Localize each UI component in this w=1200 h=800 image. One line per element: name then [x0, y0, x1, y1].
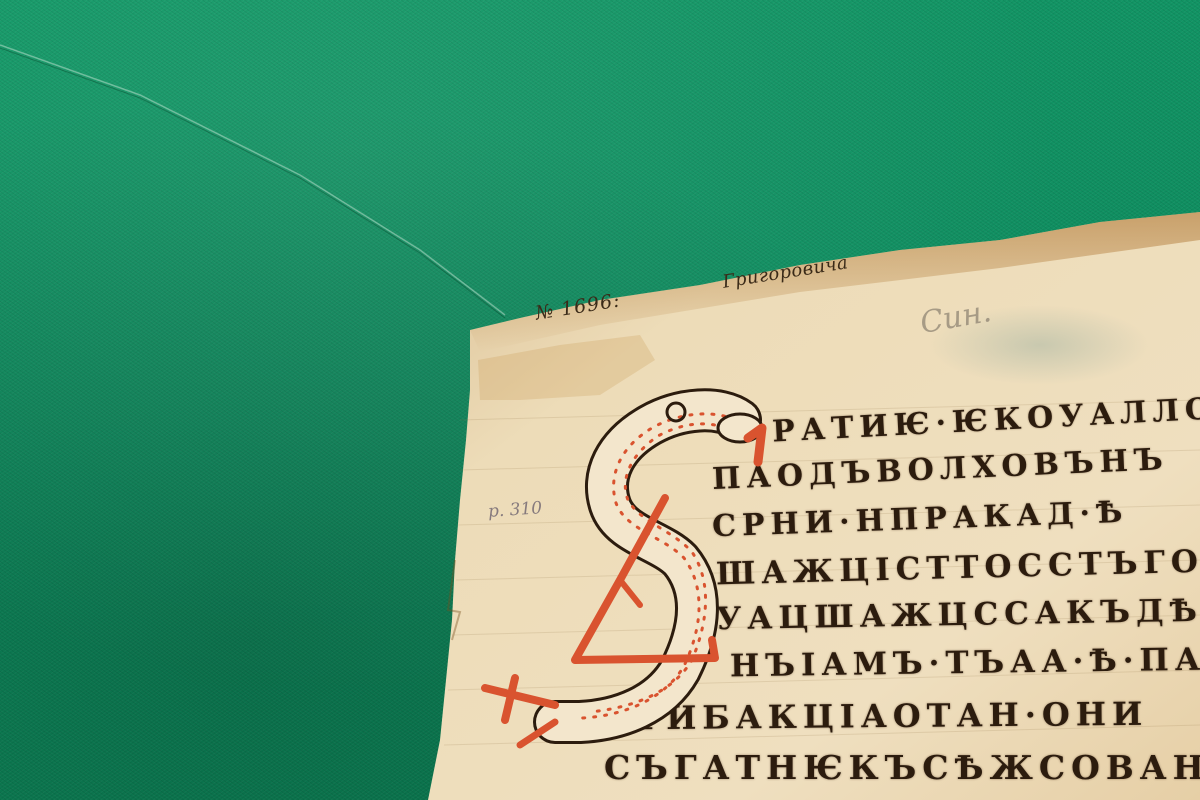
dragon-initial-icon: [0, 0, 1200, 800]
